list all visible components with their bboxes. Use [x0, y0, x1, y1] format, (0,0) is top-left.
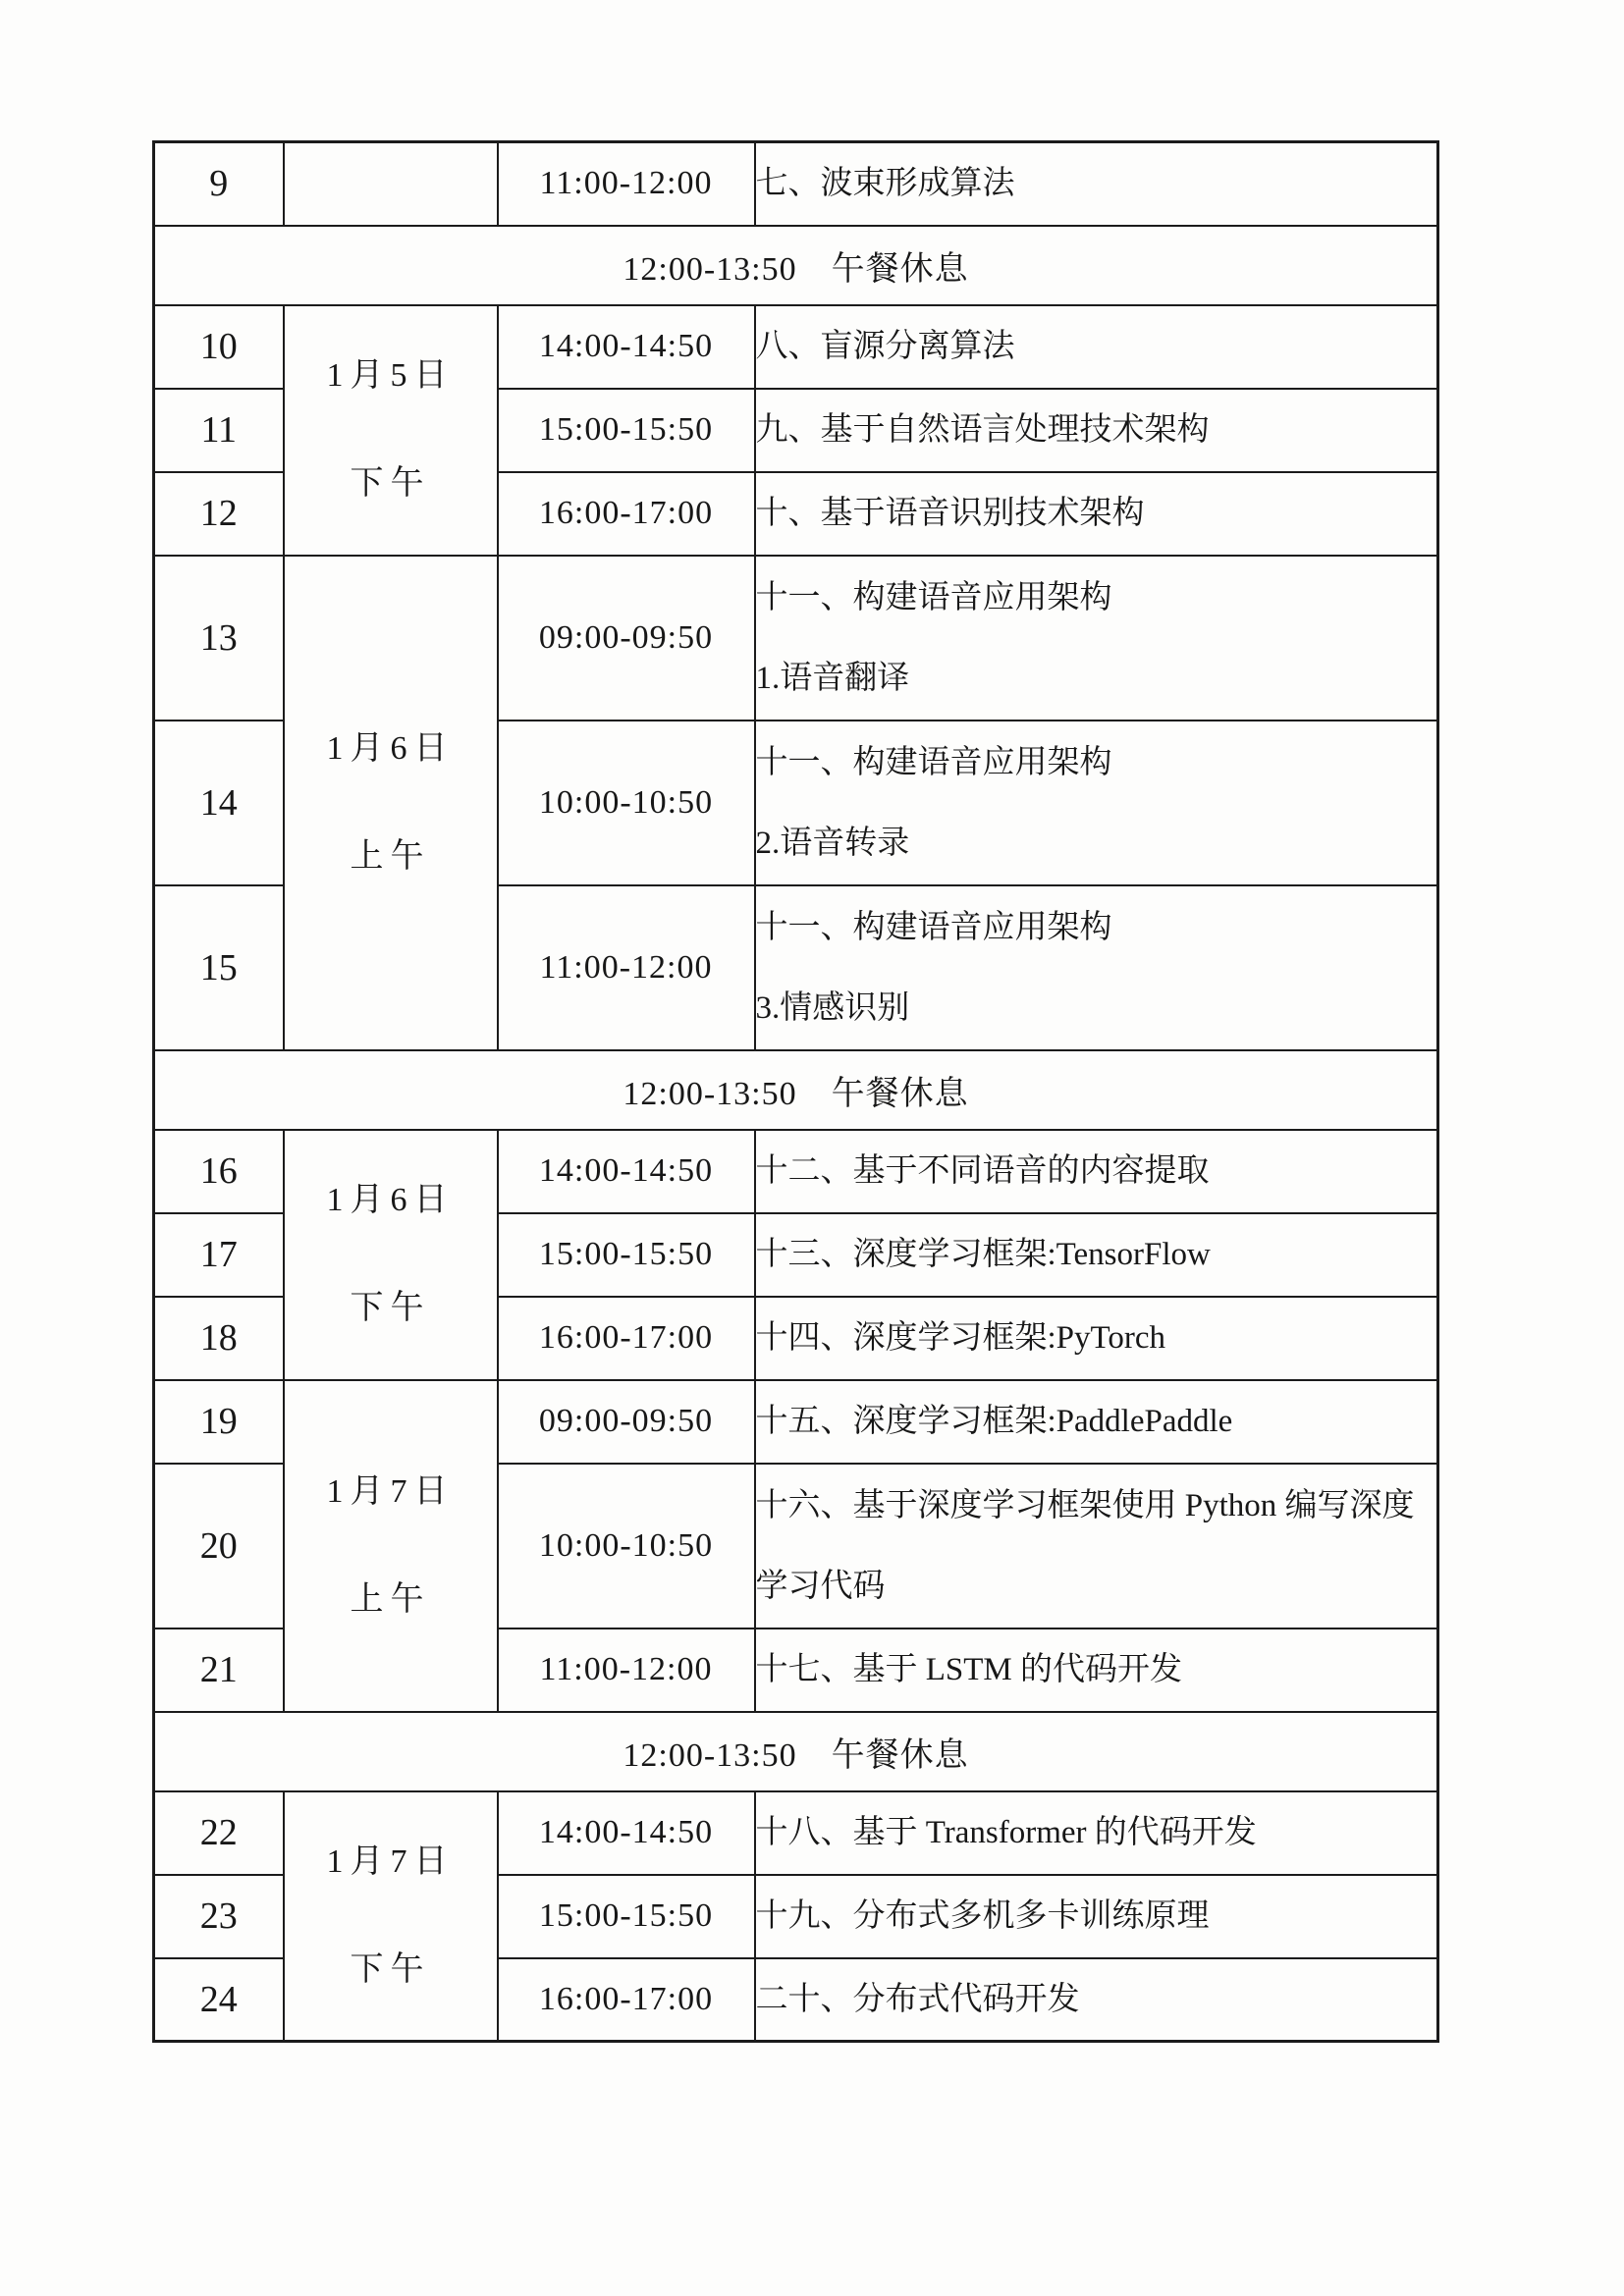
- time-cell: 11:00-12:00: [498, 1629, 755, 1712]
- session-number: 10: [154, 305, 284, 389]
- date-cell: 1月6日 上午: [284, 556, 498, 1050]
- topic-cell: 七、波束形成算法: [755, 142, 1438, 226]
- table-row: 19 1月7日 上午 09:00-09:50 十五、深度学习框架:PaddleP…: [154, 1380, 1438, 1464]
- session-number: 24: [154, 1958, 284, 2042]
- document-page: 9 11:00-12:00 七、波束形成算法 12:00-13:50 午餐休息 …: [0, 0, 1624, 2296]
- time-cell: 11:00-12:00: [498, 142, 755, 226]
- session-number: 11: [154, 389, 284, 472]
- session-number: 17: [154, 1213, 284, 1297]
- session-number: 19: [154, 1380, 284, 1464]
- session-number: 23: [154, 1875, 284, 1958]
- session-number: 18: [154, 1297, 284, 1380]
- topic-cell: 十五、深度学习框架:PaddlePaddle: [755, 1380, 1438, 1464]
- table-row: 12:00-13:50 午餐休息: [154, 1712, 1438, 1791]
- table-row: 9 11:00-12:00 七、波束形成算法: [154, 142, 1438, 226]
- topic-cell: 十一、构建语音应用架构 1.语音翻译: [755, 556, 1438, 721]
- session-number: 15: [154, 885, 284, 1050]
- topic-cell: 十二、基于不同语音的内容提取: [755, 1130, 1438, 1213]
- topic-cell: 九、基于自然语言处理技术架构: [755, 389, 1438, 472]
- topic-cell: 二十、分布式代码开发: [755, 1958, 1438, 2042]
- topic-cell: 十三、深度学习框架:TensorFlow: [755, 1213, 1438, 1297]
- time-cell: 15:00-15:50: [498, 1875, 755, 1958]
- topic-cell: 十一、构建语音应用架构 3.情感识别: [755, 885, 1438, 1050]
- table-row: 22 1月7日 下午 14:00-14:50 十八、基于 Transformer…: [154, 1791, 1438, 1875]
- table-row: 13 1月6日 上午 09:00-09:50 十一、构建语音应用架构 1.语音翻…: [154, 556, 1438, 721]
- lunch-break-row: 12:00-13:50 午餐休息: [154, 1712, 1438, 1791]
- time-cell: 11:00-12:00: [498, 885, 755, 1050]
- time-cell: 09:00-09:50: [498, 556, 755, 721]
- session-number: 16: [154, 1130, 284, 1213]
- time-cell: 14:00-14:50: [498, 305, 755, 389]
- topic-cell: 十六、基于深度学习框架使用 Python 编写深度 学习代码: [755, 1464, 1438, 1629]
- time-cell: 14:00-14:50: [498, 1130, 755, 1213]
- topic-cell: 八、盲源分离算法: [755, 305, 1438, 389]
- time-cell: 16:00-17:00: [498, 1958, 755, 2042]
- table-row: 10 1月5日 下午 14:00-14:50 八、盲源分离算法: [154, 305, 1438, 389]
- schedule-table: 9 11:00-12:00 七、波束形成算法 12:00-13:50 午餐休息 …: [152, 140, 1439, 2043]
- time-cell: 10:00-10:50: [498, 721, 755, 885]
- time-cell: 15:00-15:50: [498, 389, 755, 472]
- session-number: 14: [154, 721, 284, 885]
- topic-cell: 十八、基于 Transformer 的代码开发: [755, 1791, 1438, 1875]
- time-cell: 16:00-17:00: [498, 1297, 755, 1380]
- topic-cell: 十、基于语音识别技术架构: [755, 472, 1438, 556]
- session-number: 22: [154, 1791, 284, 1875]
- date-cell: 1月6日 下午: [284, 1130, 498, 1380]
- time-cell: 15:00-15:50: [498, 1213, 755, 1297]
- session-number: 20: [154, 1464, 284, 1629]
- table-row: 12:00-13:50 午餐休息: [154, 1050, 1438, 1130]
- table-row: 12:00-13:50 午餐休息: [154, 226, 1438, 305]
- session-number: 12: [154, 472, 284, 556]
- session-number: 13: [154, 556, 284, 721]
- lunch-break-row: 12:00-13:50 午餐休息: [154, 226, 1438, 305]
- lunch-break-row: 12:00-13:50 午餐休息: [154, 1050, 1438, 1130]
- time-cell: 09:00-09:50: [498, 1380, 755, 1464]
- time-cell: 10:00-10:50: [498, 1464, 755, 1629]
- date-cell: 1月7日 上午: [284, 1380, 498, 1712]
- date-cell: 1月5日 下午: [284, 305, 498, 556]
- topic-cell: 十九、分布式多机多卡训练原理: [755, 1875, 1438, 1958]
- time-cell: 14:00-14:50: [498, 1791, 755, 1875]
- topic-cell: 十四、深度学习框架:PyTorch: [755, 1297, 1438, 1380]
- date-cell-empty: [284, 142, 498, 226]
- table-row: 16 1月6日 下午 14:00-14:50 十二、基于不同语音的内容提取: [154, 1130, 1438, 1213]
- date-cell: 1月7日 下午: [284, 1791, 498, 2042]
- time-cell: 16:00-17:00: [498, 472, 755, 556]
- session-number: 9: [154, 142, 284, 226]
- session-number: 21: [154, 1629, 284, 1712]
- topic-cell: 十一、构建语音应用架构 2.语音转录: [755, 721, 1438, 885]
- topic-cell: 十七、基于 LSTM 的代码开发: [755, 1629, 1438, 1712]
